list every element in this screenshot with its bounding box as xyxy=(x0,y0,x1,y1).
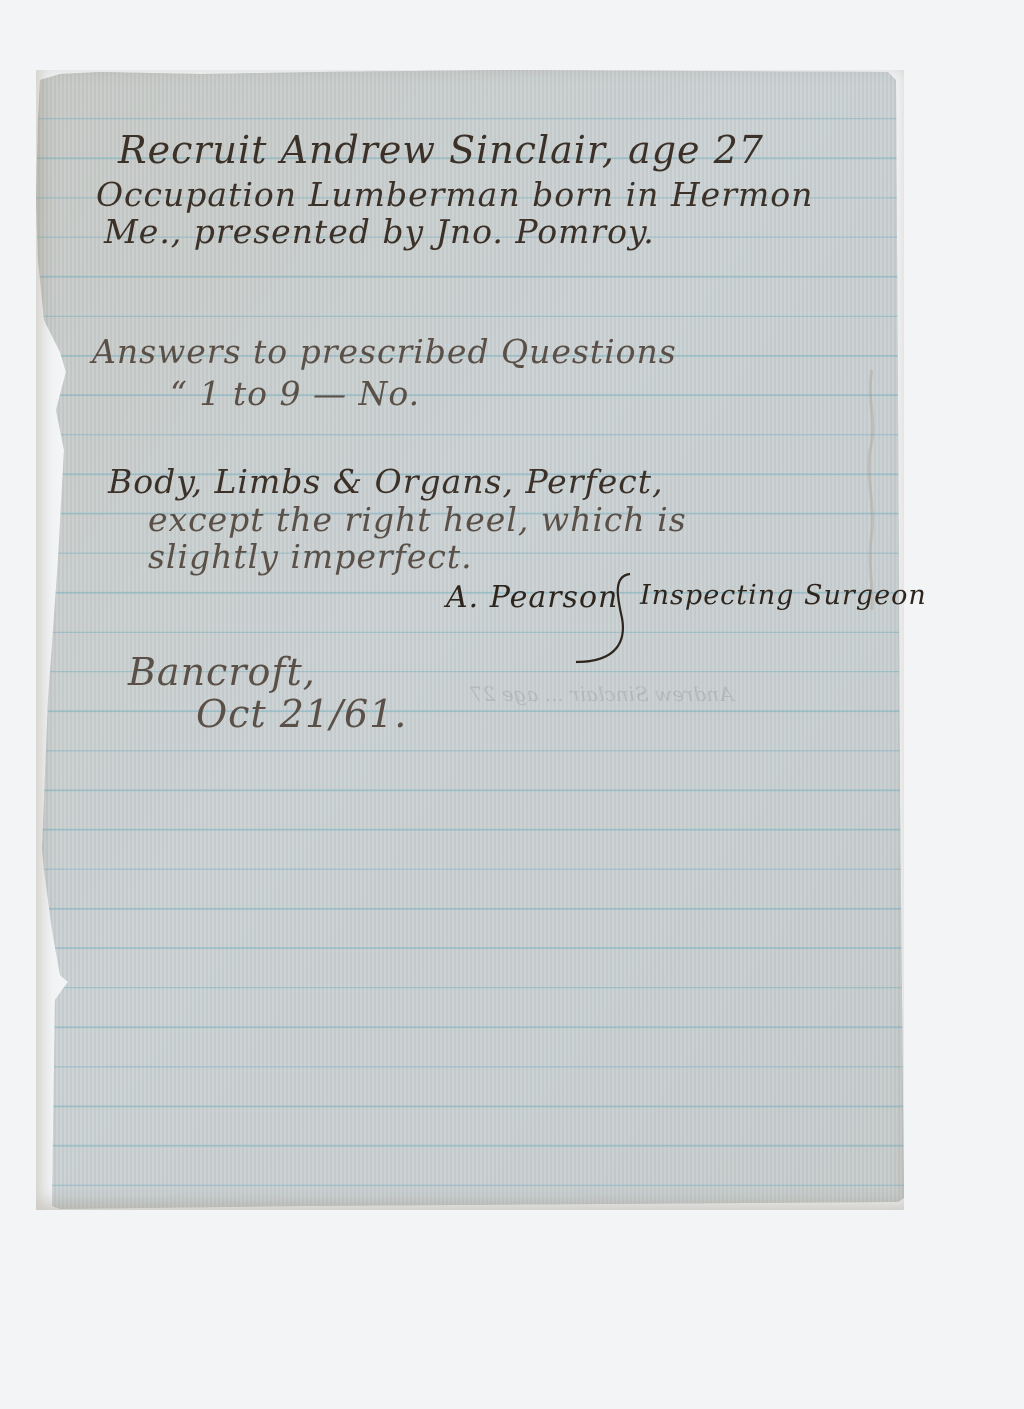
curly-brace-icon xyxy=(568,570,638,670)
answers-line: Answers to prescribed Questions xyxy=(92,332,677,371)
body-line: Body, Limbs & Organs, Perfect, xyxy=(108,462,663,501)
presented-line: Me., presented by Jno. Pomroy. xyxy=(104,212,655,251)
occupation-line: Occupation Lumberman born in Hermon xyxy=(96,175,813,214)
except-line: except the right heel, which is xyxy=(148,500,687,539)
scan-canvas: Recruit Andrew Sinclair, age 27 Occupati… xyxy=(0,0,1024,1409)
place-line: Bancroft, xyxy=(128,650,316,694)
date-line: Oct 21/61. xyxy=(196,692,407,736)
answers-detail: “ 1 to 9 — No. xyxy=(170,374,420,413)
recruit-line: Recruit Andrew Sinclair, age 27 xyxy=(118,128,764,172)
faint-margin-marks xyxy=(862,360,882,620)
bleed-through-text: Andrew Sinclair ... age 27 xyxy=(470,682,734,706)
signature-title: Inspecting Surgeon xyxy=(640,580,927,611)
slightly-line: slightly imperfect. xyxy=(148,537,473,576)
